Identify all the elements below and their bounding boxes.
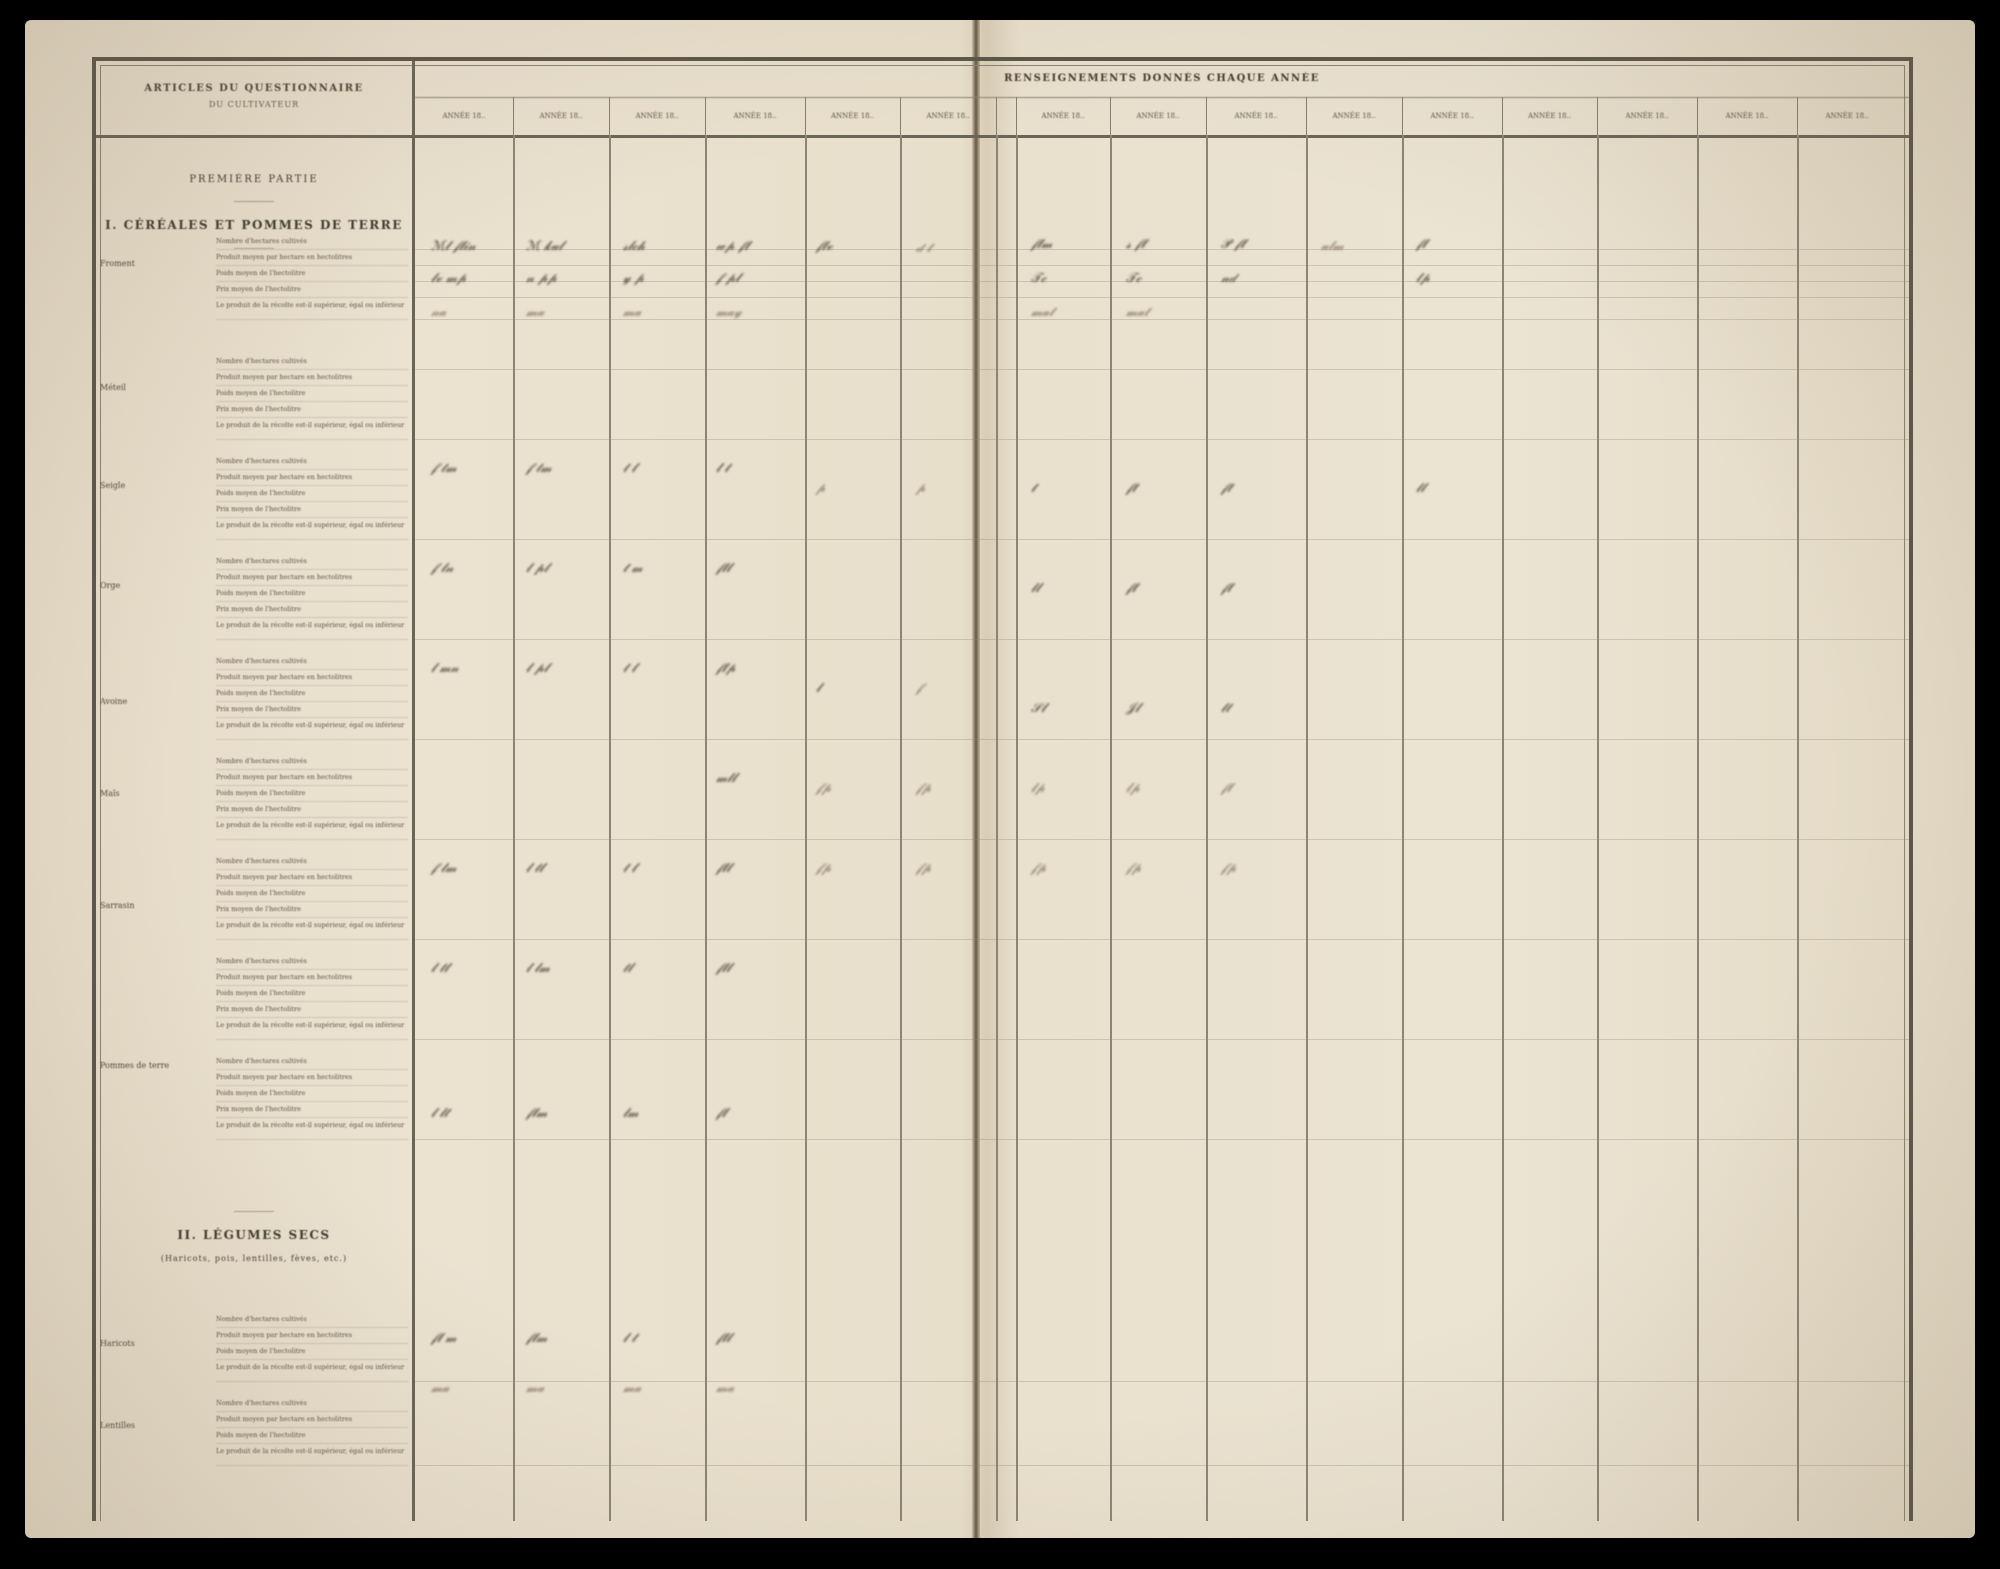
question-row: Le produit de la récolte est-il supérieu… [216, 617, 408, 640]
question-row: Produit moyen par hectare en hectolitres [216, 469, 408, 486]
year-column-header: ANNÉE 18.. [1502, 97, 1597, 135]
section-2-heading: II. LÉGUMES SECS (Haricots, pois, lentil… [96, 1211, 412, 1263]
question-row: Nombre d'hectares cultivés [216, 1311, 408, 1328]
section-1-title: I. CÉRÉALES ET POMMES DE TERRE [96, 218, 412, 232]
question-row: Prix moyen de l'hectolitre [216, 1101, 408, 1118]
question-row: Poids moyen de l'hectolitre [216, 485, 408, 502]
question-row: Nombre d'hectares cultivés [216, 853, 408, 870]
question-row: Poids moyen de l'hectolitre [216, 385, 408, 402]
crop-label: Froment [100, 259, 180, 268]
year-column-header: ANNÉE 18.. [1306, 97, 1402, 135]
question-row: Poids moyen de l'hectolitre [216, 265, 408, 282]
question-row: Produit moyen par hectare en hectolitres [216, 869, 408, 886]
table-frame: ARTICLES DU QUESTIONNAIRE DU CULTIVATEUR… [92, 57, 1913, 1521]
question-row: Poids moyen de l'hectolitre [216, 785, 408, 802]
part-label: PREMIÈRE PARTIE [96, 174, 412, 185]
years-header: RENSEIGNEMENTS DONNÉS CHAQUE ANNÉE ANNÉE… [415, 61, 1909, 138]
year-column-header: ANNÉE 18.. [1402, 97, 1502, 135]
year-column-header: ANNÉE 18.. [415, 97, 513, 135]
year-column-header: ANNÉE 18.. [705, 97, 805, 135]
page-fold [972, 20, 980, 1538]
year-column-header: ANNÉE 18.. [1697, 97, 1797, 135]
question-row: Le produit de la récolte est-il supérieu… [216, 917, 408, 940]
years-header-title: RENSEIGNEMENTS DONNÉS CHAQUE ANNÉE [415, 61, 1909, 98]
question-row: Poids moyen de l'hectolitre [216, 1085, 408, 1102]
question-row: Le produit de la récolte est-il supérieu… [216, 1117, 408, 1140]
left-header-subtitle: DU CULTIVATEUR [96, 94, 412, 109]
question-row: Prix moyen de l'hectolitre [216, 501, 408, 518]
question-row: Poids moyen de l'hectolitre [216, 885, 408, 902]
question-row: Poids moyen de l'hectolitre [216, 985, 408, 1002]
question-row: Poids moyen de l'hectolitre [216, 1343, 408, 1360]
question-row: Nombre d'hectares cultivés [216, 953, 408, 970]
question-row: Prix moyen de l'hectolitre [216, 601, 408, 618]
question-row: Le produit de la récolte est-il supérieu… [216, 817, 408, 840]
question-row: Produit moyen par hectare en hectolitres [216, 1411, 408, 1428]
question-row: Le produit de la récolte est-il supérieu… [216, 717, 408, 740]
crop-label: Pommes de terre [100, 1061, 180, 1070]
question-row: Produit moyen par hectare en hectolitres [216, 969, 408, 986]
question-row: Prix moyen de l'hectolitre [216, 281, 408, 298]
year-column-header: ANNÉE 18.. [609, 97, 705, 135]
year-column-header: ANNÉE 18.. [805, 97, 900, 135]
year-column-header: ANNÉE 18.. [900, 97, 996, 135]
crop-label: Seigle [100, 481, 180, 490]
question-row: Produit moyen par hectare en hectolitres [216, 1069, 408, 1086]
question-row: Prix moyen de l'hectolitre [216, 401, 408, 418]
question-row: Le produit de la récolte est-il supérieu… [216, 1359, 408, 1382]
questionnaire-column: ARTICLES DU QUESTIONNAIRE DU CULTIVATEUR… [96, 61, 415, 1521]
document-page: ARTICLES DU QUESTIONNAIRE DU CULTIVATEUR… [25, 20, 1975, 1538]
question-row: Produit moyen par hectare en hectolitres [216, 569, 408, 586]
year-column-header: ANNÉE 18.. [513, 97, 609, 135]
question-row: Produit moyen par hectare en hectolitres [216, 769, 408, 786]
question-row: Le produit de la récolte est-il supérieu… [216, 417, 408, 440]
question-row: Produit moyen par hectare en hectolitres [216, 369, 408, 386]
question-row: Le produit de la récolte est-il supérieu… [216, 517, 408, 540]
left-header: ARTICLES DU QUESTIONNAIRE DU CULTIVATEUR [96, 61, 412, 138]
section-2-subtitle: (Haricots, pois, lentilles, fèves, etc.) [96, 1254, 412, 1263]
question-row: Nombre d'hectares cultivés [216, 453, 408, 470]
year-column-header: ANNÉE 18.. [1797, 97, 1897, 135]
question-row: Nombre d'hectares cultivés [216, 553, 408, 570]
section-2-title: II. LÉGUMES SECS [96, 1228, 412, 1242]
question-row: Prix moyen de l'hectolitre [216, 901, 408, 918]
crop-label: Sarrasin [100, 901, 180, 910]
question-row: Prix moyen de l'hectolitre [216, 1001, 408, 1018]
question-row: Nombre d'hectares cultivés [216, 1395, 408, 1412]
year-column-header: ANNÉE 18.. [1597, 97, 1697, 135]
crop-label: Haricots [100, 1339, 180, 1348]
question-row: Poids moyen de l'hectolitre [216, 585, 408, 602]
question-row: Produit moyen par hectare en hectolitres [216, 669, 408, 686]
section-1-heading: PREMIÈRE PARTIE I. CÉRÉALES ET POMMES DE… [96, 174, 412, 249]
year-column-header: ANNÉE 18.. [1110, 97, 1206, 135]
question-row: Poids moyen de l'hectolitre [216, 1427, 408, 1444]
question-row: Nombre d'hectares cultivés [216, 353, 408, 370]
year-column-header: ANNÉE 18.. [1016, 97, 1110, 135]
question-row: Nombre d'hectares cultivés [216, 233, 408, 250]
question-row: Nombre d'hectares cultivés [216, 1053, 408, 1070]
question-row: Produit moyen par hectare en hectolitres [216, 249, 408, 266]
crop-label: Orge [100, 581, 180, 590]
question-row: Poids moyen de l'hectolitre [216, 685, 408, 702]
question-row: Prix moyen de l'hectolitre [216, 801, 408, 818]
left-header-title: ARTICLES DU QUESTIONNAIRE [96, 61, 412, 94]
crop-label: Avoine [100, 697, 180, 706]
question-row: Prix moyen de l'hectolitre [216, 701, 408, 718]
question-row: Nombre d'hectares cultivés [216, 753, 408, 770]
question-row: Le produit de la récolte est-il supérieu… [216, 1443, 408, 1466]
crop-label: Lentilles [100, 1421, 180, 1430]
crop-label: Maïs [100, 789, 180, 798]
question-row: Le produit de la récolte est-il supérieu… [216, 1017, 408, 1040]
crop-label: Méteil [100, 383, 180, 392]
question-row: Nombre d'hectares cultivés [216, 653, 408, 670]
question-row: Le produit de la récolte est-il supérieu… [216, 297, 408, 320]
year-column-header: ANNÉE 18.. [1206, 97, 1306, 135]
question-row: Produit moyen par hectare en hectolitres [216, 1327, 408, 1344]
